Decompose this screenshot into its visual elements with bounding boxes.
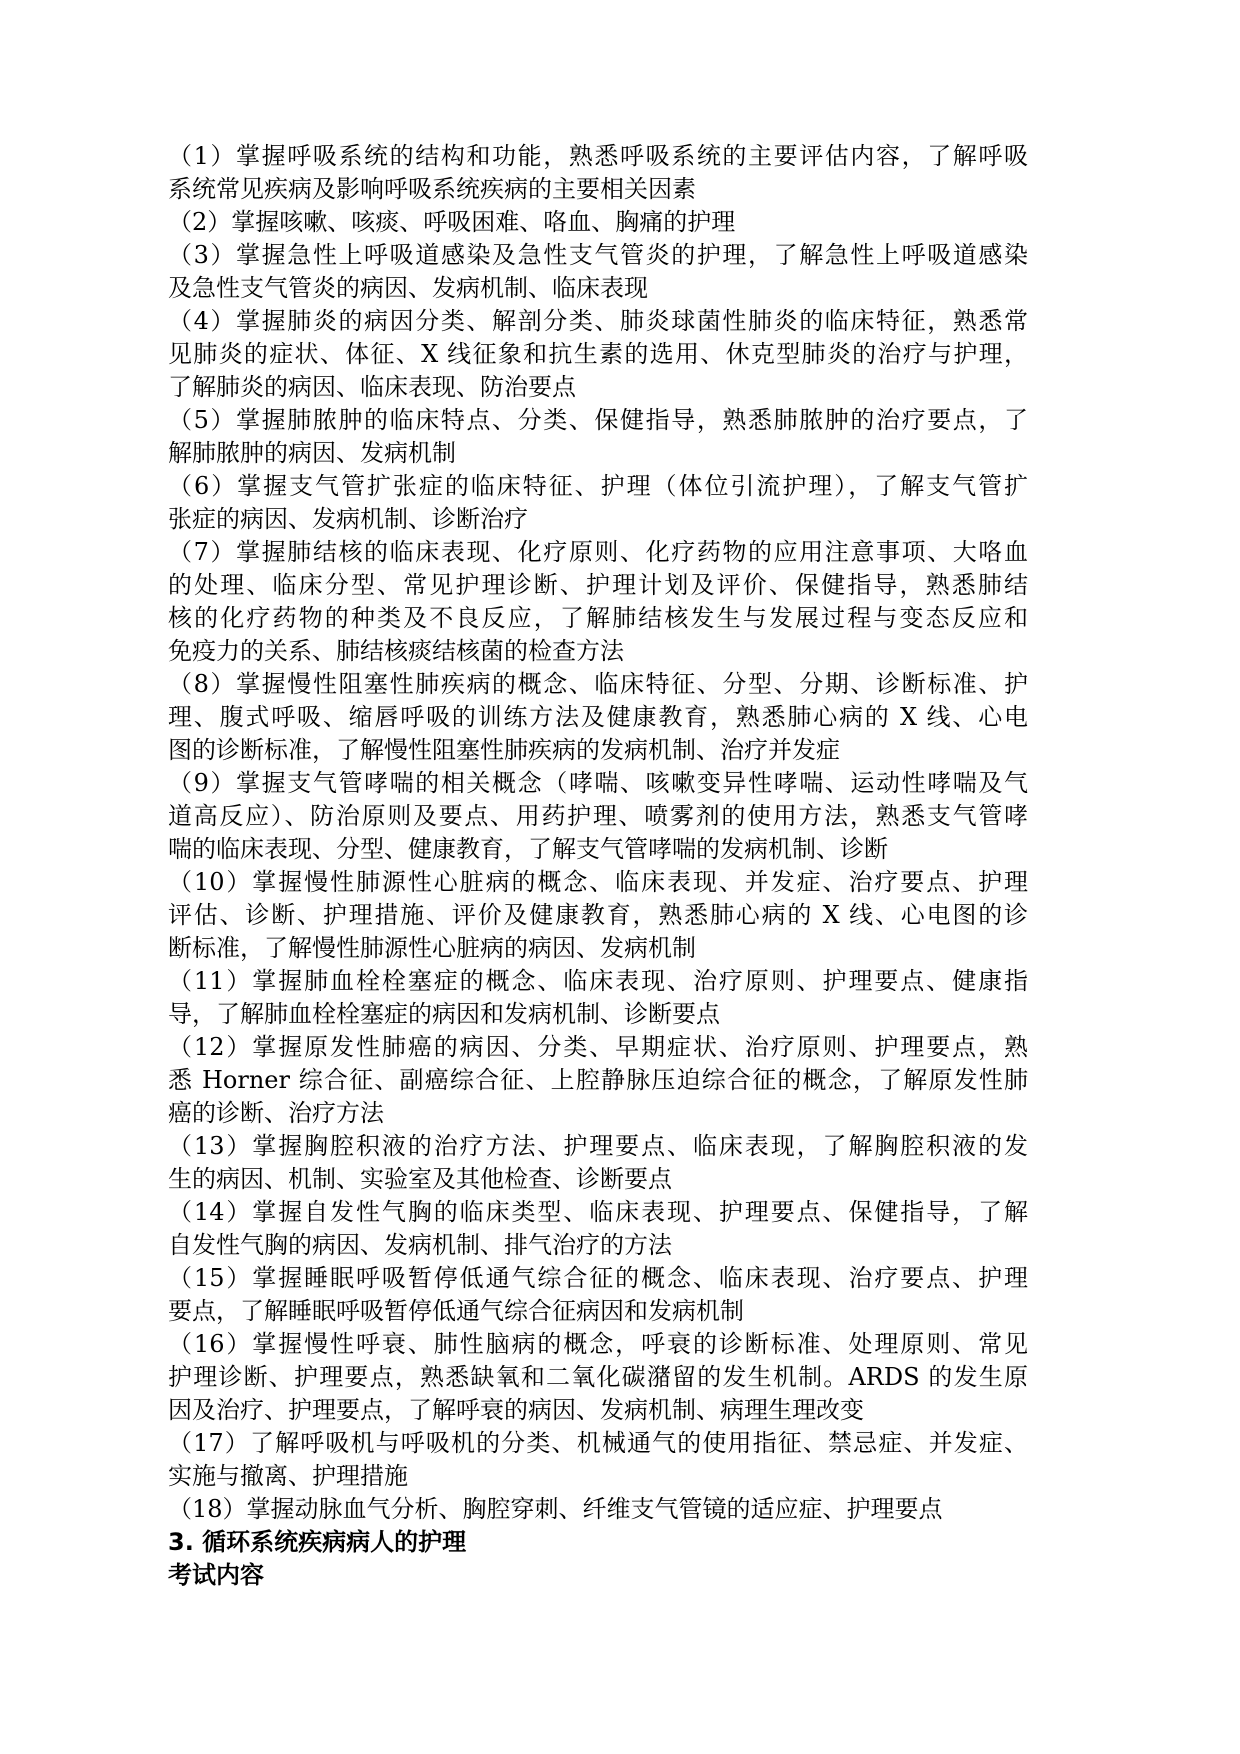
- text-line: （16）掌握慢性呼衰、肺性脑病的概念，呼衰的诊断标准、处理原则、常见: [168, 1328, 1028, 1361]
- section-heading: 3. 循环系统疾病病人的护理: [168, 1526, 1028, 1559]
- text-line: 生的病因、机制、实验室及其他检查、诊断要点: [168, 1163, 1028, 1196]
- text-line: （2）掌握咳嗽、咳痰、呼吸困难、咯血、胸痛的护理: [168, 206, 1028, 239]
- text-line: 要点，了解睡眠呼吸暂停低通气综合征病因和发病机制: [168, 1295, 1028, 1328]
- text-line: （5）掌握肺脓肿的临床特点、分类、保健指导，熟悉肺脓肿的治疗要点，了: [168, 404, 1028, 437]
- document-page: （1）掌握呼吸系统的结构和功能，熟悉呼吸系统的主要评估内容，了解呼吸系统常见疾病…: [0, 0, 1240, 1754]
- text-line: （11）掌握肺血栓栓塞症的概念、临床表现、治疗原则、护理要点、健康指: [168, 965, 1028, 998]
- text-line: 因及治疗、护理要点，了解呼衰的病因、发病机制、病理生理改变: [168, 1394, 1028, 1427]
- text-line: 自发性气胸的病因、发病机制、排气治疗的方法: [168, 1229, 1028, 1262]
- text-line: （6）掌握支气管扩张症的临床特征、护理（体位引流护理），了解支气管扩: [168, 470, 1028, 503]
- text-line: 见肺炎的症状、体征、X 线征象和抗生素的选用、休克型肺炎的治疗与护理，: [168, 338, 1028, 371]
- text-line: 图的诊断标准，了解慢性阻塞性肺疾病的发病机制、治疗并发症: [168, 734, 1028, 767]
- text-line: 张症的病因、发病机制、诊断治疗: [168, 503, 1028, 536]
- text-line: 道高反应）、防治原则及要点、用药护理、喷雾剂的使用方法，熟悉支气管哮: [168, 800, 1028, 833]
- text-line: 及急性支气管炎的病因、发病机制、临床表现: [168, 272, 1028, 305]
- text-line: （13）掌握胸腔积液的治疗方法、护理要点、临床表现，了解胸腔积液的发: [168, 1130, 1028, 1163]
- text-line: 喘的临床表现、分型、健康教育，了解支气管哮喘的发病机制、诊断: [168, 833, 1028, 866]
- text-line: （3）掌握急性上呼吸道感染及急性支气管炎的护理，了解急性上呼吸道感染: [168, 239, 1028, 272]
- section-heading: 考试内容: [168, 1559, 1028, 1592]
- text-line: 导，了解肺血栓栓塞症的病因和发病机制、诊断要点: [168, 998, 1028, 1031]
- text-line: 免疫力的关系、肺结核痰结核菌的检查方法: [168, 635, 1028, 668]
- text-line: 评估、诊断、护理措施、评价及健康教育，熟悉肺心病的 X 线、心电图的诊: [168, 899, 1028, 932]
- content-lines: （1）掌握呼吸系统的结构和功能，熟悉呼吸系统的主要评估内容，了解呼吸系统常见疾病…: [168, 140, 1028, 1592]
- text-line: （18）掌握动脉血气分析、胸腔穿刺、纤维支气管镜的适应症、护理要点: [168, 1493, 1028, 1526]
- text-line: （17）了解呼吸机与呼吸机的分类、机械通气的使用指征、禁忌症、并发症、: [168, 1427, 1028, 1460]
- text-line: （4）掌握肺炎的病因分类、解剖分类、肺炎球菌性肺炎的临床特征，熟悉常: [168, 305, 1028, 338]
- text-line: （8）掌握慢性阻塞性肺疾病的概念、临床特征、分型、分期、诊断标准、护: [168, 668, 1028, 701]
- text-line: （7）掌握肺结核的临床表现、化疗原则、化疗药物的应用注意事项、大咯血: [168, 536, 1028, 569]
- text-line: 实施与撤离、护理措施: [168, 1460, 1028, 1493]
- text-line: 了解肺炎的病因、临床表现、防治要点: [168, 371, 1028, 404]
- text-line: （9）掌握支气管哮喘的相关概念（哮喘、咳嗽变异性哮喘、运动性哮喘及气: [168, 767, 1028, 800]
- text-line: 护理诊断、护理要点，熟悉缺氧和二氧化碳潴留的发生机制。ARDS 的发生原: [168, 1361, 1028, 1394]
- text-line: 的处理、临床分型、常见护理诊断、护理计划及评价、保健指导，熟悉肺结: [168, 569, 1028, 602]
- text-line: 癌的诊断、治疗方法: [168, 1097, 1028, 1130]
- text-line: 断标准，了解慢性肺源性心脏病的病因、发病机制: [168, 932, 1028, 965]
- text-line: （1）掌握呼吸系统的结构和功能，熟悉呼吸系统的主要评估内容，了解呼吸: [168, 140, 1028, 173]
- text-line: （10）掌握慢性肺源性心脏病的概念、临床表现、并发症、治疗要点、护理: [168, 866, 1028, 899]
- text-line: 解肺脓肿的病因、发病机制: [168, 437, 1028, 470]
- text-line: （12）掌握原发性肺癌的病因、分类、早期症状、治疗原则、护理要点，熟: [168, 1031, 1028, 1064]
- text-line: 悉 Horner 综合征、副癌综合征、上腔静脉压迫综合征的概念，了解原发性肺: [168, 1064, 1028, 1097]
- text-line: 理、腹式呼吸、缩唇呼吸的训练方法及健康教育，熟悉肺心病的 X 线、心电: [168, 701, 1028, 734]
- text-line: 核的化疗药物的种类及不良反应，了解肺结核发生与发展过程与变态反应和: [168, 602, 1028, 635]
- text-line: （15）掌握睡眠呼吸暂停低通气综合征的概念、临床表现、治疗要点、护理: [168, 1262, 1028, 1295]
- text-line: （14）掌握自发性气胸的临床类型、临床表现、护理要点、保健指导，了解: [168, 1196, 1028, 1229]
- text-line: 系统常见疾病及影响呼吸系统疾病的主要相关因素: [168, 173, 1028, 206]
